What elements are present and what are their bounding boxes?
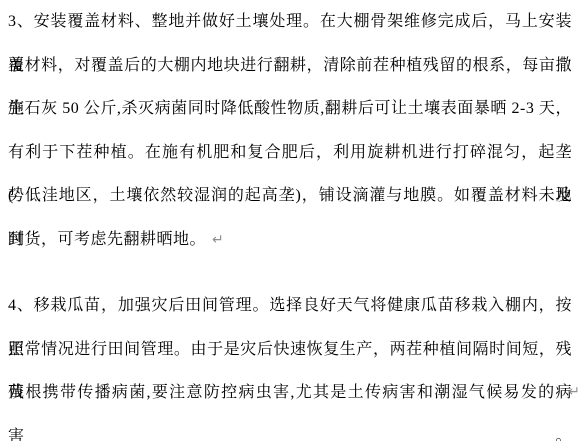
- text-line-content: 残根携带传播病菌,要注意防控病虫害,尤其是土传病害和潮湿气候易发的病害。: [8, 384, 572, 441]
- paragraph-return-icon: ↵: [568, 371, 580, 415]
- paragraph-covering-materials: 3、安装覆盖材料、整地并做好土壤处理。在大棚骨架维修完成后，马上安装覆 盖材料，…: [8, 0, 572, 261]
- document-canvas: 3、安装覆盖材料、整地并做好土壤处理。在大棚骨架维修完成后，马上安装覆 盖材料，…: [0, 0, 580, 441]
- paragraph-transplant-seedlings: 4、移栽瓜苗，加强灾后田间管理。选择良好天气将健康瓜苗移栽入棚内，按照 正常情况…: [8, 284, 572, 415]
- paragraph-return-icon: ↵: [212, 232, 224, 248]
- text-line-content: 到货，可考虑先翻耕晒地。: [8, 231, 206, 248]
- text-line: 有利于下茬种植。在施有机肥和复合肥后，利用旋耕机进行打碎混匀，起垄(地: [8, 131, 572, 175]
- text-line: 残根携带传播病菌,要注意防控病虫害,尤其是土传病害和潮湿气候易发的病害。↵: [8, 371, 572, 415]
- text-line: 4、移栽瓜苗，加强灾后田间管理。选择良好天气将健康瓜苗移栽入棚内，按照: [8, 284, 572, 328]
- text-line: 到货，可考虑先翻耕晒地。↵: [8, 218, 572, 262]
- text-line: 正常情况进行田间管理。由于是灾后快速恢复生产，两茬种植间隔时间短，残苗: [8, 328, 572, 372]
- text-line: 3、安装覆盖材料、整地并做好土壤处理。在大棚骨架维修完成后，马上安装覆: [8, 0, 572, 44]
- text-line: 盖材料，对覆盖后的大棚内地块进行翻耕，清除前茬种植残留的根系，每亩撒施: [8, 44, 572, 88]
- text-line: 势低洼地区，土壤依然较湿润的起高垄)，铺设滴灌与地膜。如覆盖材料未及时: [8, 174, 572, 218]
- text-line: 生石灰 50 公斤,杀灭病菌同时降低酸性物质,翻耕后可让土壤表面暴晒 2-3 天…: [8, 87, 572, 131]
